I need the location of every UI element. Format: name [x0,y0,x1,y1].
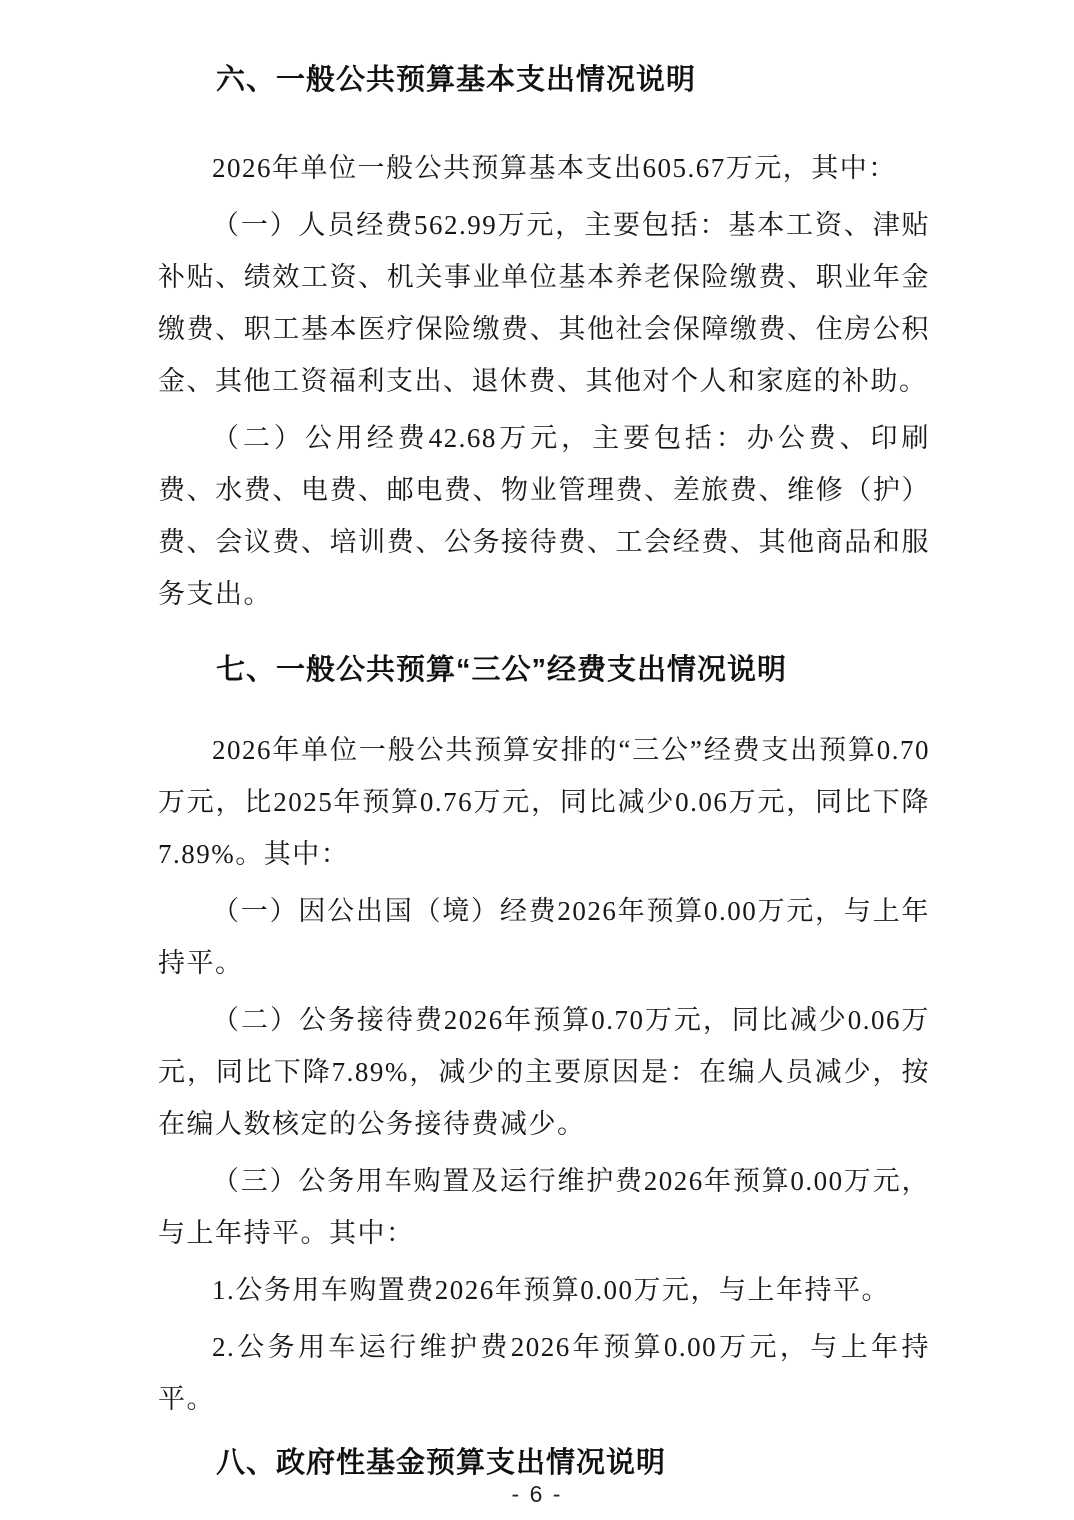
paragraph-official-vehicles: （三）公务用车购置及运行维护费2026年预算0.00万元，与上年持平。其中： [158,1155,930,1259]
paragraph-public-expense: （二）公用经费42.68万元，主要包括：办公费、印刷费、水费、电费、邮电费、物业… [158,412,930,620]
section-heading-basic-expenditure: 六、一般公共预算基本支出情况说明 [158,64,930,96]
paragraph-official-reception: （二）公务接待费2026年预算0.70万元，同比减少0.06万元，同比下降7.8… [158,994,930,1150]
page-number: - 6 - [0,1481,1074,1508]
section-heading-three-public-funds: 七、一般公共预算“三公”经费支出情况说明 [158,654,930,686]
paragraph-three-public-total: 2026年单位一般公共预算安排的“三公”经费支出预算0.70万元，比2025年预… [158,724,930,880]
paragraph-basic-expenditure-total: 2026年单位一般公共预算基本支出605.67万元，其中： [158,142,930,194]
document-page: 六、一般公共预算基本支出情况说明 2026年单位一般公共预算基本支出605.67… [0,0,1074,1520]
paragraph-personnel-expense: （一）人员经费562.99万元，主要包括：基本工资、津贴补贴、绩效工资、机关事业… [158,199,930,407]
paragraph-vehicle-maintenance: 2.公务用车运行维护费2026年预算0.00万元，与上年持平。 [158,1321,930,1425]
section-heading-government-funds: 八、政府性基金预算支出情况说明 [158,1447,930,1479]
paragraph-vehicle-purchase: 1.公务用车购置费2026年预算0.00万元，与上年持平。 [158,1264,930,1316]
paragraph-overseas-trips: （一）因公出国（境）经费2026年预算0.00万元，与上年持平。 [158,885,930,989]
